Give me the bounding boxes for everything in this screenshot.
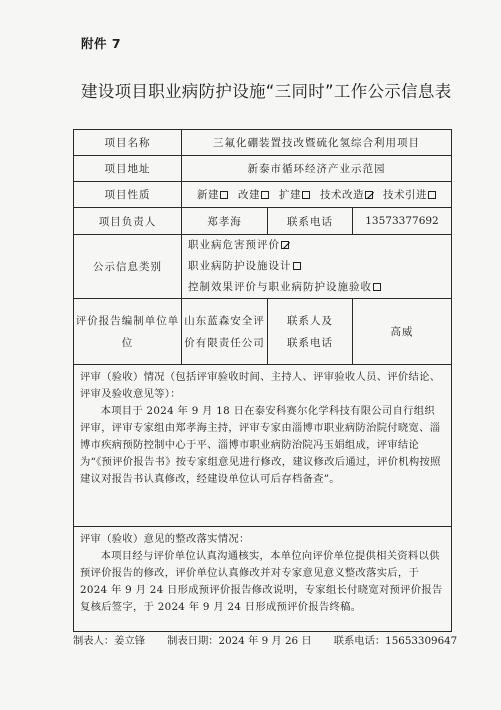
nature-option-rebuild[interactable]: 改建	[238, 187, 269, 202]
footer-date: 制表日期：2024 年 9 月 26 日	[167, 632, 312, 647]
report-unit-name: 山东蓝森安全评 价有限责任公司	[182, 299, 268, 364]
review-heading: 评审（验收）情况（包括评审验收时间、主持人、评审验收人员、评价结论、评审及验收意…	[80, 369, 445, 403]
leader-phone-value: 13573377692	[353, 208, 451, 234]
rectification-heading: 评审（验收）意见的整改落实情况：	[80, 531, 445, 548]
project-nature-label: 项目性质	[74, 182, 182, 207]
row-project-name: 项目名称 三氟化硼装置技改暨硫化氢综合利用项目	[74, 130, 451, 156]
report-unit-label: 评价报告编制单位单 位	[74, 299, 182, 364]
nature-option-new[interactable]: 新建	[197, 187, 228, 202]
footer-preparer: 制表人：姜立锋	[73, 632, 145, 647]
checkbox-empty-icon[interactable]	[220, 191, 228, 199]
row-review-situation: 评审（验收）情况（包括评审验收时间、主持人、评审验收人员、评价结论、评审及验收意…	[74, 365, 451, 527]
category-option-control-acceptance[interactable]: 控制效果评价与职业病防护设施验收	[188, 277, 381, 298]
row-project-nature: 项目性质 新建 改建 扩建 技术改造 技术引进	[74, 182, 451, 208]
project-nature-options: 新建 改建 扩建 技术改造 技术引进	[182, 182, 451, 207]
checkbox-checked-icon[interactable]	[365, 191, 373, 199]
row-publicity-category: 公示信息类别 职业病危害预评价 职业病防护设施设计 控制效果评价与职业病防护设施…	[74, 235, 451, 299]
review-section: 评审（验收）情况（包括评审验收时间、主持人、评审验收人员、评价结论、评审及验收意…	[74, 365, 451, 492]
document-title: 建设项目职业病防护设施“三同时”工作公示信息表	[81, 78, 452, 102]
footer-phone: 联系电话：15653309647	[334, 632, 458, 647]
checkbox-empty-icon[interactable]	[261, 191, 269, 199]
project-name-value: 三氟化硼装置技改暨硫化氢综合利用项目	[182, 130, 451, 155]
publicity-category-label: 公示信息类别	[74, 235, 182, 298]
nature-option-tech-upgrade[interactable]: 技术改造	[320, 187, 373, 202]
project-address-label: 项目地址	[74, 156, 182, 181]
project-leader-label: 项目负责人	[74, 208, 182, 234]
checkbox-empty-icon[interactable]	[373, 283, 381, 291]
review-body: 本项目于 2024 年 9 月 18 日在泰安科赛尔化学科技有限公司自行组织评审…	[80, 403, 445, 488]
category-option-pre-evaluation[interactable]: 职业病危害预评价	[188, 235, 289, 256]
row-project-leader: 项目负责人 郑孝海 联系电话 13573377692	[74, 208, 451, 235]
publicity-info-table: 项目名称 三氟化硼装置技改暨硫化氢综合利用项目 项目地址 新泰市循环经济产业示范…	[73, 129, 452, 632]
project-name-label: 项目名称	[74, 130, 182, 155]
rectification-body: 本项目经与评价单位认真沟通核实，本单位向评价单位提供相关资料以供预评价报告的修改…	[80, 548, 445, 616]
checkbox-empty-icon[interactable]	[302, 191, 310, 199]
attachment-label: 附件 7	[81, 34, 121, 52]
checkbox-empty-icon[interactable]	[428, 191, 436, 199]
project-address-value: 新泰市循环经济产业示范园	[182, 156, 451, 181]
contact-label: 联系人及 联系电话	[268, 299, 353, 364]
checkbox-checked-icon[interactable]	[281, 241, 289, 249]
leader-phone-label: 联系电话	[268, 208, 353, 234]
rectification-section: 评审（验收）意见的整改落实情况： 本项目经与评价单位认真沟通核实，本单位向评价单…	[74, 527, 451, 620]
row-rectification: 评审（验收）意见的整改落实情况： 本项目经与评价单位认真沟通核实，本单位向评价单…	[74, 527, 451, 631]
row-project-address: 项目地址 新泰市循环经济产业示范园	[74, 156, 451, 182]
project-leader-name: 郑孝海	[182, 208, 268, 234]
checkbox-empty-icon[interactable]	[293, 262, 301, 270]
category-option-facility-design[interactable]: 职业病防护设施设计	[188, 256, 301, 277]
row-report-unit: 评价报告编制单位单 位 山东蓝森安全评 价有限责任公司 联系人及 联系电话 高威	[74, 299, 451, 365]
nature-option-tech-import[interactable]: 技术引进	[383, 187, 436, 202]
footer: 制表人：姜立锋 制表日期：2024 年 9 月 26 日 联系电话：156533…	[73, 632, 473, 647]
publicity-category-options: 职业病危害预评价 职业病防护设施设计 控制效果评价与职业病防护设施验收	[182, 235, 451, 298]
nature-option-expand[interactable]: 扩建	[279, 187, 310, 202]
contact-value: 高威	[353, 299, 451, 364]
